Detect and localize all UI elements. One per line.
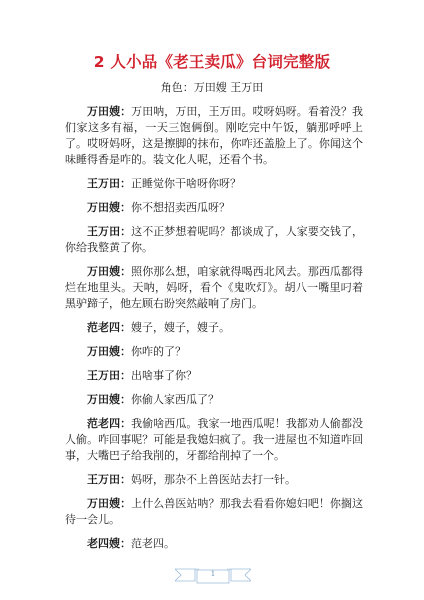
script-body: 万田嫂：万田呐，万田，王万田。哎呀妈呀。看着没？我们家这多有福，一天三饱俩倒。刚… xyxy=(65,104,363,560)
speaker-name: 王万田： xyxy=(87,225,131,238)
dialogue-text: 你不想招卖西瓜呀？ xyxy=(131,201,230,214)
dialogue-paragraph: 万田嫂：你偷人家西瓜了？ xyxy=(65,392,363,408)
dialogue-paragraph: 万田嫂：照你那么想，咱家就得喝西北风去。那西瓜都得烂在地里头。天呐，妈呀，看个《… xyxy=(65,264,363,312)
speaker-name: 王万田： xyxy=(87,177,131,190)
dialogue-text: 妈呀，那杂不上兽医站去打一针。 xyxy=(131,473,296,486)
dialogue-text: 出啥事了你？ xyxy=(131,369,197,382)
speaker-name: 范老四： xyxy=(87,417,131,430)
dialogue-paragraph: 王万田：出啥事了你？ xyxy=(65,368,363,384)
speaker-name: 王万田： xyxy=(87,369,131,382)
roles-line: 角色：万田嫂 王万田 xyxy=(0,79,424,95)
speaker-name: 万田嫂： xyxy=(87,393,131,406)
dialogue-text: 正睡觉你干啥呀你呀？ xyxy=(131,177,241,190)
dialogue-paragraph: 万田嫂：上什么兽医站呐？那我去看看你媳妇吧！你搁这待一会儿。 xyxy=(65,496,363,528)
speaker-name: 老四嫂： xyxy=(87,537,131,550)
speaker-name: 万田嫂： xyxy=(87,105,131,118)
speaker-name: 万田嫂： xyxy=(87,345,131,358)
speaker-name: 万田嫂： xyxy=(87,201,131,214)
speaker-name: 范老四： xyxy=(87,321,131,334)
dialogue-text: 嫂子，嫂子，嫂子。 xyxy=(131,321,230,334)
dialogue-paragraph: 万田嫂：你咋的了？ xyxy=(65,344,363,360)
dialogue-paragraph: 王万田：正睡觉你干啥呀你呀？ xyxy=(65,176,363,192)
document-page: 2 人小品《老王卖瓜》台词完整版 角色：万田嫂 王万田 万田嫂：万田呐，万田，王… xyxy=(0,0,424,600)
dialogue-paragraph: 老四嫂：范老四。 xyxy=(65,536,363,552)
dialogue-text: 你咋的了？ xyxy=(131,345,186,358)
dialogue-paragraph: 王万田：这不正梦想着呢吗？都谈成了，人家要交钱了，你给我整黄了你。 xyxy=(65,224,363,256)
dialogue-paragraph: 王万田：妈呀，那杂不上兽医站去打一针。 xyxy=(65,472,363,488)
dialogue-paragraph: 万田嫂：你不想招卖西瓜呀？ xyxy=(65,200,363,216)
dialogue-paragraph: 范老四：嫂子，嫂子，嫂子。 xyxy=(65,320,363,336)
speaker-name: 万田嫂： xyxy=(87,265,131,278)
dialogue-paragraph: 万田嫂：万田呐，万田，王万田。哎呀妈呀。看着没？我们家这多有福，一天三饱俩倒。刚… xyxy=(65,104,363,168)
speaker-name: 万田嫂： xyxy=(87,497,131,510)
speaker-name: 王万田： xyxy=(87,473,131,486)
document-title: 2 人小品《老王卖瓜》台词完整版 xyxy=(0,50,424,72)
dialogue-paragraph: 范老四：我偷啥西瓜。我家一地西瓜呢！我都劝人偷都没人偷。咋回事呢？可能是我媳妇疯… xyxy=(65,416,363,464)
dialogue-text: 你偷人家西瓜了？ xyxy=(131,393,219,406)
dialogue-text: 范老四。 xyxy=(131,537,175,550)
page-number: 1 xyxy=(199,567,227,581)
